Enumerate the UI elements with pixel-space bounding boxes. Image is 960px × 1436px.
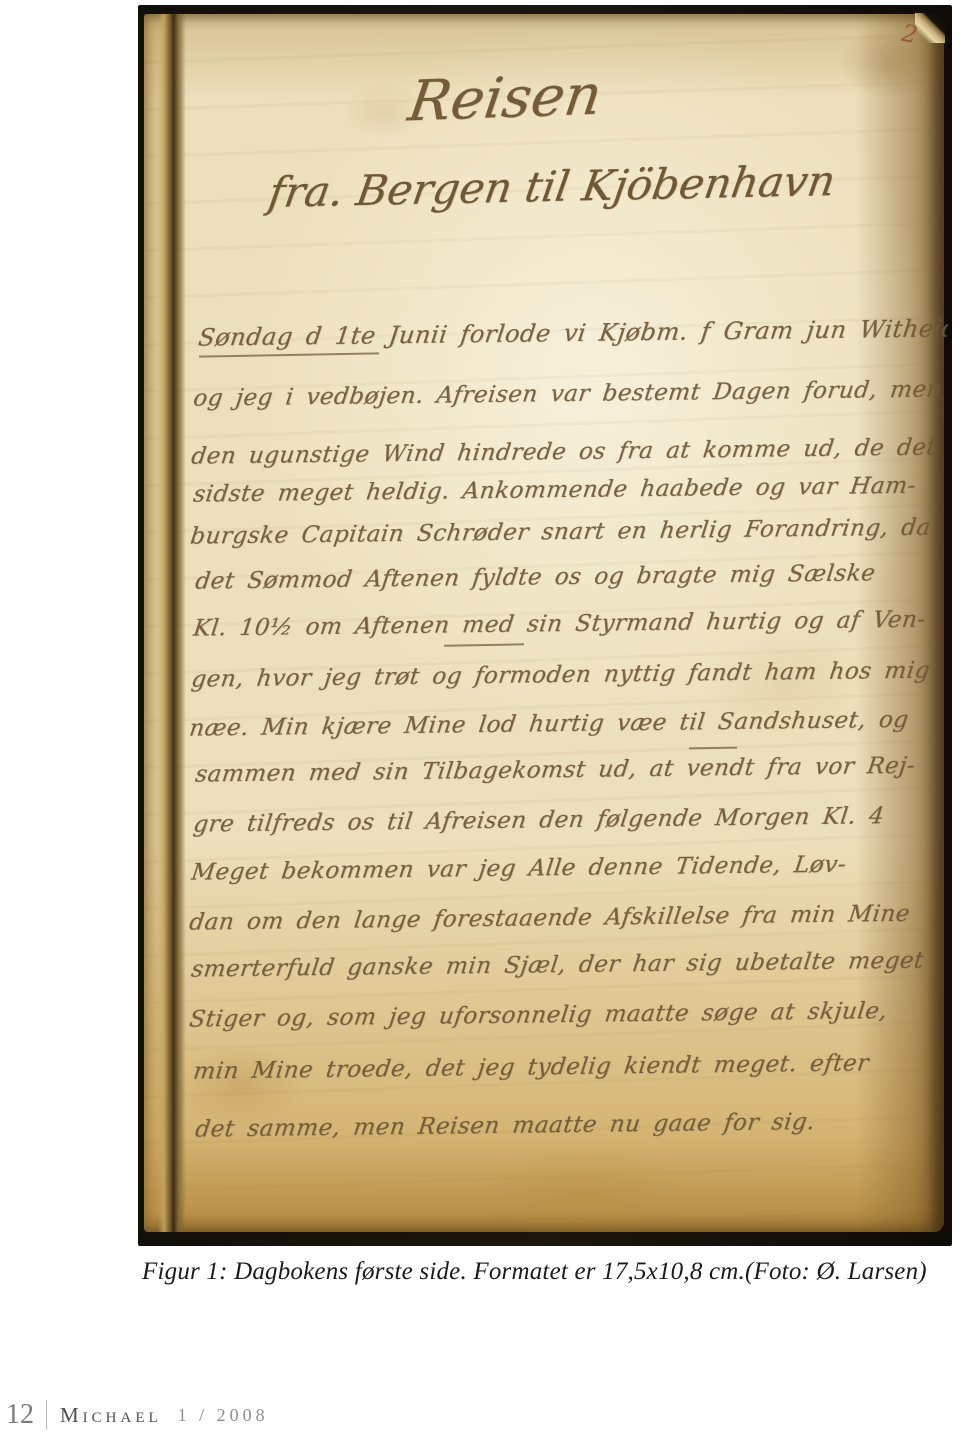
manuscript-line: næe. Min kjære Mine lod hurtig væe til S… [188,706,941,741]
manuscript-line: det samme, men Reisen maatte nu gaae for… [194,1107,947,1142]
manuscript-line: den ugunstige Wind hindrede os fra at ko… [190,434,943,469]
ink-underline [689,747,737,750]
manuscript-line: det Sømmod Aftenen fyldte os og bragte m… [194,559,947,594]
footer-journal-name: Michael [60,1405,162,1426]
manuscript-line: burgske Capitain Schrøder snart en herli… [189,514,942,549]
manuscript-line: sidste meget heldig. Ankommende haabede … [192,472,945,507]
manuscript-line: smerterfuld ganske min Sjæl, der har sig… [190,947,943,982]
figure-caption: Figur 1: Dagbokens første side. Formatet… [142,1258,922,1286]
page-corner-fold [915,13,945,43]
manuscript-line: min Mine troede, det jeg tydelig kiendt … [192,1049,945,1084]
ink-underline [444,643,524,646]
manuscript-line: sammen med sin Tilbagekomst ud, at vendt… [194,752,947,787]
manuscript-title-line-2: fra. Bergen til Kjöbenhavn [197,155,907,219]
book-spine [158,14,186,1232]
manuscript-line: Kl. 10½ om Aftenen med sin Styrmand hurt… [192,606,945,641]
manuscript-line: gre tilfreds os til Afreisen den følgend… [192,802,945,837]
page-footer: 12 Michael 1 / 2008 [6,1398,269,1432]
manuscript-line: dan om den lange forestaaende Afskillels… [188,900,941,935]
footer-issue: 1 / 2008 [178,1406,269,1424]
manuscript-line: Stiger og, som jeg uforsonnelig maatte s… [188,997,941,1032]
manuscript-page-number: 2 [899,19,920,50]
footer-page-number: 12 [6,1401,34,1429]
footer-divider [46,1400,47,1430]
manuscript-line: Søndag d 1te Junii forlode vi Kjøbm. f G… [197,314,950,351]
manuscript-line: og jeg i vedbøjen. Afreisen var bestemt … [192,376,945,411]
manuscript-line: gen, hvor jeg trøt og formoden nyttig fa… [190,657,943,692]
manuscript-title-line-1: Reisen [334,60,675,136]
manuscript-line: Meget bekommen var jeg Alle denne Tidend… [190,850,943,885]
figure-image: 2 Reisen fra. Bergen til Kjöbenhavn Sønd… [138,5,952,1246]
ink-underline [199,352,379,357]
manuscript-page: 2 Reisen fra. Bergen til Kjöbenhavn Sønd… [144,14,944,1232]
